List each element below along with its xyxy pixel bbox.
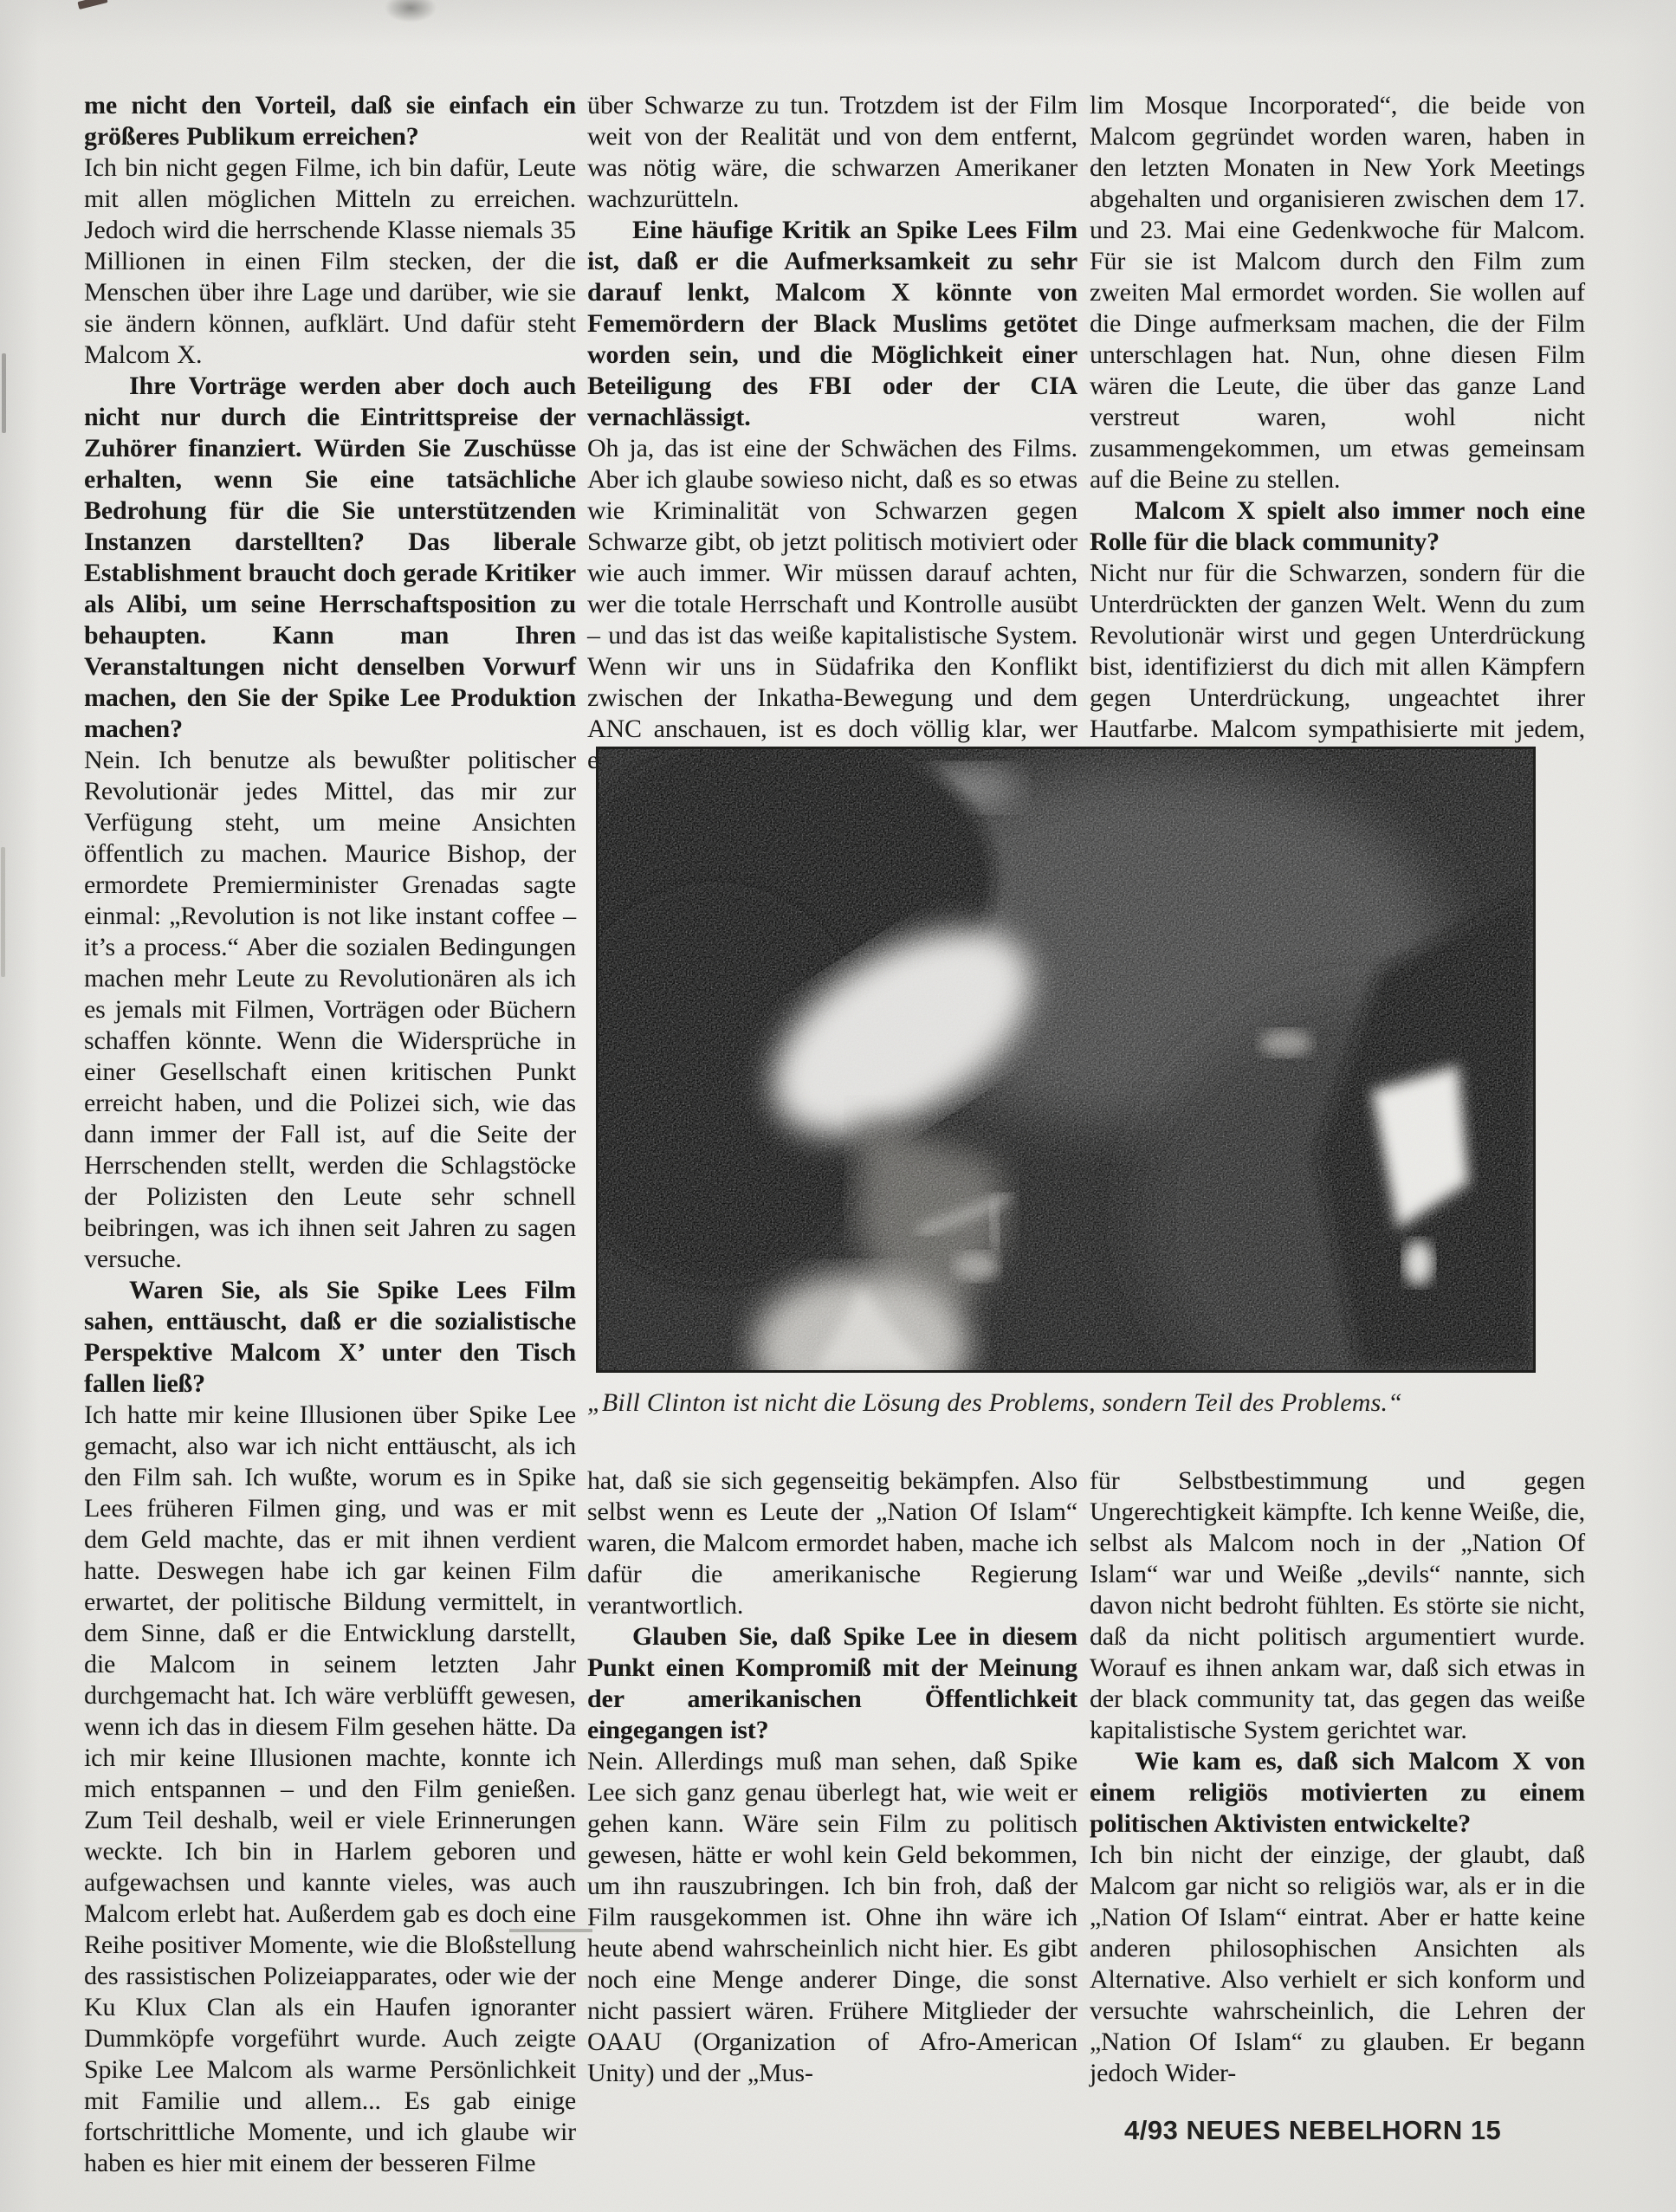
interview-question: me nicht den Vorteil, daß sie einfach ei… [84, 90, 576, 152]
article-column-left: me nicht den Vorteil, daß sie einfach ei… [84, 90, 576, 2179]
interview-question: Ihre Vorträge werden aber doch auch nich… [84, 371, 576, 745]
interview-question: Glauben Sie, daß Spike Lee in diesem Pun… [587, 1621, 1077, 1746]
interview-question: Waren Sie, als Sie Spike Lees Film sahen… [84, 1275, 576, 1400]
interview-question: Malcom X spielt also immer noch eine Rol… [1090, 495, 1585, 558]
interview-answer: lim Mosque Incorporated“, die beide von … [1090, 90, 1585, 495]
scan-artifact-top-mark [77, 0, 107, 10]
magazine-page-scan: me nicht den Vorteil, daß sie einfach ei… [0, 0, 1676, 2212]
interview-answer: hat, daß sie sich gegenseitig bekämpfen.… [587, 1465, 1077, 1621]
article-column-middle-bottom: hat, daß sie sich gegenseitig bekämpfen.… [587, 1465, 1077, 2089]
interview-answer: über Schwarze zu tun. Trotzdem ist der F… [587, 90, 1077, 215]
malcolm-x-photo-image [599, 749, 1533, 1370]
interview-answer: Nein. Allerdings muß man sehen, daß Spik… [587, 1746, 1077, 2089]
interview-answer: Ich bin nicht der einzige, der glaubt, d… [1090, 1840, 1585, 2089]
scan-artifact-left-line [1, 847, 5, 977]
article-column-right-bottom: für Selbstbestimmung und gegen Ungerecht… [1090, 1465, 1585, 2089]
interview-answer: für Selbstbestimmung und gegen Ungerecht… [1090, 1465, 1585, 1746]
interview-answer: Ich bin nicht gegen Filme, ich bin dafür… [84, 152, 576, 371]
interview-answer: Nicht nur für die Schwarzen, sondern für… [1090, 558, 1585, 776]
interview-question: Eine häufige Kritik an Spike Lees Film i… [587, 215, 1077, 433]
interview-question: Wie kam es, daß sich Malcom X von einem … [1090, 1746, 1585, 1840]
scan-artifact-top-smudge [385, 0, 437, 23]
interview-answer: Ich hatte mir keine Illusionen über Spik… [84, 1400, 576, 2179]
article-column-right-top: lim Mosque Incorporated“, die beide von … [1090, 90, 1585, 776]
interview-answer: Oh ja, das ist eine der Schwächen des Fi… [587, 433, 1077, 776]
interview-answer: Nein. Ich benutze als bewußter politisch… [84, 745, 576, 1275]
article-column-middle-top: über Schwarze zu tun. Trotzdem ist der F… [587, 90, 1077, 776]
scan-artifact-left-line [2, 353, 6, 433]
page-footer: 4/93 NEUES NEBELHORN 15 [1124, 2115, 1501, 2146]
malcolm-x-photo [596, 747, 1536, 1373]
photo-caption: „Bill Clinton ist nicht die Lösung des P… [587, 1388, 1549, 1418]
